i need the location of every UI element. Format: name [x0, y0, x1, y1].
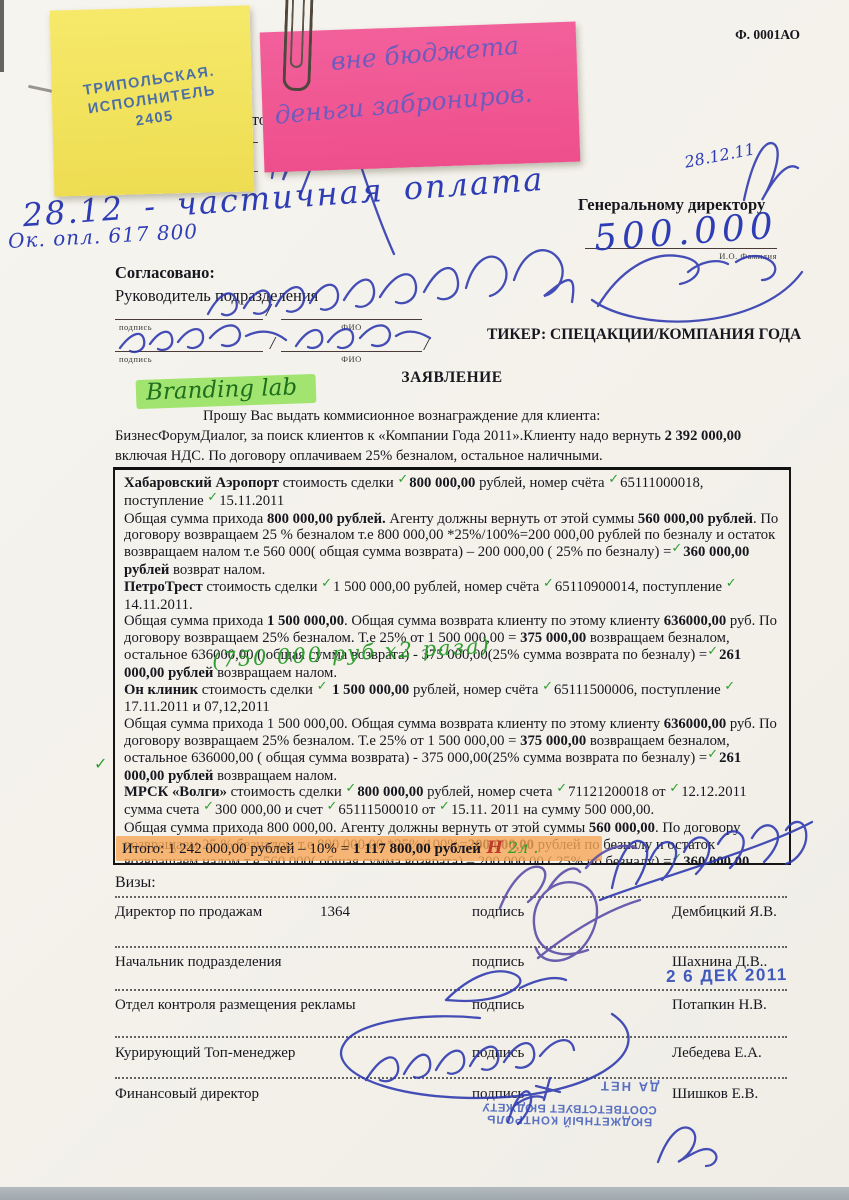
soglasovano-fio-label-1: ФИО	[281, 322, 422, 332]
viza-row-5-role: Финансовый директор	[115, 1086, 259, 1103]
date-stamp-26-dec-2011: 2 6 ДЕК 2011	[666, 965, 788, 987]
deal-khabarovsk-airport: Хабаровский Аэропорт стоимость сделки ✓8…	[124, 475, 780, 511]
tripolskaya-stamp: ТРИПОЛЬСКАЯ. ИСПОЛНИТЕЛЬ 2405	[57, 59, 247, 143]
dotted-line-2	[115, 946, 787, 948]
viza-row-1-number: 1364	[320, 904, 350, 921]
soglasovano-podpis-line-1	[115, 319, 263, 320]
intro-line-1: Прошу Вас выдать коммисионное вознагражд…	[115, 406, 791, 426]
soglasovano-podpis-label-1: подпись	[119, 322, 152, 332]
dotted-line-5	[115, 1077, 787, 1079]
soglasovano-podpis-label-2: подпись	[119, 354, 152, 364]
soglasovano-fio-label-2: ФИО	[281, 354, 422, 364]
viza-row-1-podpis: подпись	[472, 904, 524, 921]
soglasovano-fio-line-1	[281, 319, 422, 320]
slash-separator: /	[424, 334, 429, 355]
pink-note-line-2: деньги заброниров.	[273, 78, 533, 129]
dotted-line-3	[115, 989, 787, 991]
budget-control-stamp: БЮДЖЕТНЫЙ КОНТРОЛЬ СООТВЕТСТВУЕТ БЮДЖЕТУ…	[462, 1076, 678, 1128]
margin-check-mark: ✓	[94, 754, 107, 773]
slash-separator: /	[266, 300, 271, 321]
handwriting-branding-lab: Branding lab	[146, 374, 298, 405]
soglasovano-podpis-line-2	[115, 351, 263, 352]
viza-row-4-role: Курирующий Топ-менеджер	[115, 1045, 295, 1062]
viza-row-1-name: Дембицкий Я.В.	[672, 904, 777, 921]
viza-row-3-role: Отдел контроля размещения рекламы	[115, 997, 356, 1014]
viza-row-2-role: Начальник подразделения	[115, 954, 282, 971]
viza-row-1-role: Директор по продажам	[115, 904, 262, 921]
io-familia-label: И.О. Фамилия	[690, 251, 777, 261]
vizy-title: Визы:	[115, 874, 156, 892]
ticker-label: ТИКЕР: СПЕЦАКЦИИ/КОМПАНИЯ ГОДА	[487, 326, 801, 344]
deal-mrsk-volgi: МРСК «Волги» стоимость сделки ✓800 000,0…	[124, 784, 780, 820]
pink-note-line-1: вне бюджета	[330, 31, 521, 76]
deal-on-clinic-calculation: Общая сумма прихода 1 500 000,00. Общая …	[124, 716, 780, 784]
viza-row-4-podpis: подпись	[472, 1045, 524, 1062]
signature-bottom-mark	[658, 1128, 716, 1166]
soglasovano-label: Согласовано:	[115, 263, 215, 283]
viza-row-3-podpis: подпись	[472, 997, 524, 1014]
soglasovano-fio-line-2	[281, 351, 422, 352]
form-code: Ф. 0001АО	[700, 27, 800, 43]
intro-line-3: включая НДС. По договору оплачиваем 25% …	[115, 446, 791, 466]
intro-line-2: БизнесФорумДиалог, за поиск клиентов к «…	[115, 426, 791, 446]
handwriting-date-28-12-11: 28.12.11	[683, 139, 757, 171]
deal-petrotrest: ПетроТрест стоимость сделки ✓1 500 000,0…	[124, 579, 780, 614]
paperclip-inner	[290, 0, 306, 68]
signature-io-familia-big	[592, 255, 802, 321]
ruk-podrazdeleniya-label: Руководитель подразделения	[115, 286, 318, 306]
viza-row-2-podpis: подпись	[472, 954, 524, 971]
scanned-document-page: Ф. 0001АО Генеральный директор подпись д…	[0, 0, 849, 1200]
yellow-sticky-note: ТРИПОЛЬСКАЯ. ИСПОЛНИТЕЛЬ 2405	[50, 5, 255, 196]
viza-row-5-name: Шишков Е.В.	[672, 1086, 758, 1103]
scan-edge-bottom	[0, 1187, 849, 1200]
viza-row-3-name: Потапкин Н.В.	[672, 997, 767, 1014]
scan-edge-left	[0, 0, 4, 72]
slash-separator: /	[270, 333, 275, 354]
deal-on-clinic: Он клиник стоимость сделки ✓ 1 500 000,0…	[124, 682, 780, 717]
budget-stamp-da-net: ДА НЕТ	[462, 1076, 677, 1095]
viza-row-4-name: Лебедева Е.А.	[672, 1045, 762, 1062]
total-line-highlighted: Итого: 1 242 000,00 рублей – 10% = 1 117…	[116, 836, 602, 861]
deal-khabarovsk-calculation: Общая сумма прихода 800 000,00 рублей. А…	[124, 511, 780, 579]
dotted-line-4	[115, 1036, 787, 1038]
dotted-line-1	[115, 896, 787, 898]
